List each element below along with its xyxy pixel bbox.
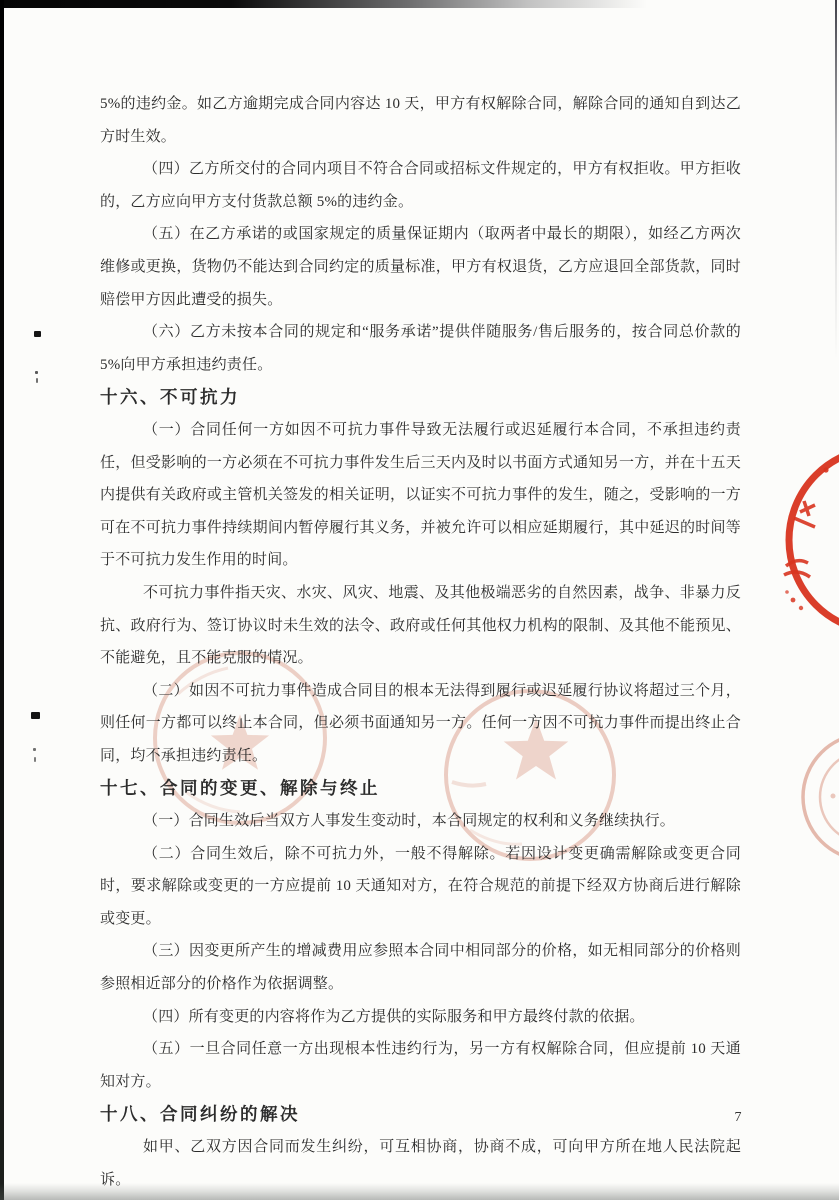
contract-paragraph: （四）乙方所交付的合同内项目不符合合同或招标文件规定的，甲方有权拒收。甲方拒收的…	[100, 153, 741, 218]
scan-speck	[36, 378, 38, 383]
faint-round-seal-right-edge-icon	[803, 734, 839, 860]
contract-paragraph: （五）一旦合同任意一方出现根本性违约行为，另一方有权解除合同，但应提前 10 天…	[100, 1033, 741, 1098]
contract-text: 5%的违约金。如乙方逾期完成合同内容达 10 天，甲方有权解除合同，解除合同的通…	[100, 88, 741, 1196]
contract-paragraph: （一）合同任何一方如因不可抗力事件导致无法履行或迟延履行本合同，不承担违约责任，…	[100, 414, 741, 577]
scan-top-black-bar	[0, 0, 660, 8]
contract-paragraph: （二）如因不可抗力事件造成合同目的根本无法得到履行或迟延履行协议将超过三个月，则…	[100, 675, 741, 773]
contract-paragraph: 不可抗力事件指天灾、水灾、风灾、地震、及其他极端恶劣的自然因素，战争、非暴力反抗…	[100, 577, 741, 675]
page-number: 7	[728, 1110, 748, 1126]
scanned-contract-page: 5%的违约金。如乙方逾期完成合同内容达 10 天，甲方有权解除合同，解除合同的通…	[0, 0, 839, 1200]
contract-paragraph: （六）乙方未按本合同的规定和“服务承诺”提供伴随服务/售后服务的，按合同总价款的…	[100, 316, 741, 381]
scan-speck	[31, 712, 40, 719]
contract-paragraph: （一）合同生效后当双方人事发生变动时，本合同规定的权利和义务继续执行。	[100, 805, 741, 838]
contract-paragraph: 5%的违约金。如乙方逾期完成合同内容达 10 天，甲方有权解除合同，解除合同的通…	[100, 88, 741, 153]
contract-paragraph: 十八、合同纠纷的解决	[100, 1098, 741, 1131]
contract-paragraph: （二）合同生效后，除不可抗力外，一般不得解除。若因设计变更确需解除或变更合同时，…	[100, 838, 741, 936]
scan-speck	[33, 748, 36, 751]
scan-speck	[34, 331, 41, 337]
bold-seal-arc-right-edge-icon	[784, 448, 839, 632]
contract-paragraph: 十六、不可抗力	[100, 381, 741, 414]
contract-paragraph: 如甲、乙双方因合同而发生纠纷，可互相协商，协商不成，可向甲方所在地人民法院起诉。	[100, 1131, 741, 1196]
contract-paragraph: （四）所有变更的内容将作为乙方提供的实际服务和甲方最终付款的依据。	[100, 1001, 741, 1034]
contract-paragraph: （五）在乙方承诺的或国家规定的质量保证期内（取两者中最长的期限），如经乙方两次维…	[100, 218, 741, 316]
contract-paragraph: 十七、合同的变更、解除与终止	[100, 772, 741, 805]
contract-paragraph: （三）因变更所产生的增减费用应参照本合同中相同部分的价格，如无相同部分的价格则参…	[100, 935, 741, 1000]
scan-speck	[35, 371, 38, 374]
scan-right-edge-line	[835, 0, 837, 360]
scan-speck	[34, 757, 36, 762]
scan-left-black-strip	[0, 0, 4, 1200]
